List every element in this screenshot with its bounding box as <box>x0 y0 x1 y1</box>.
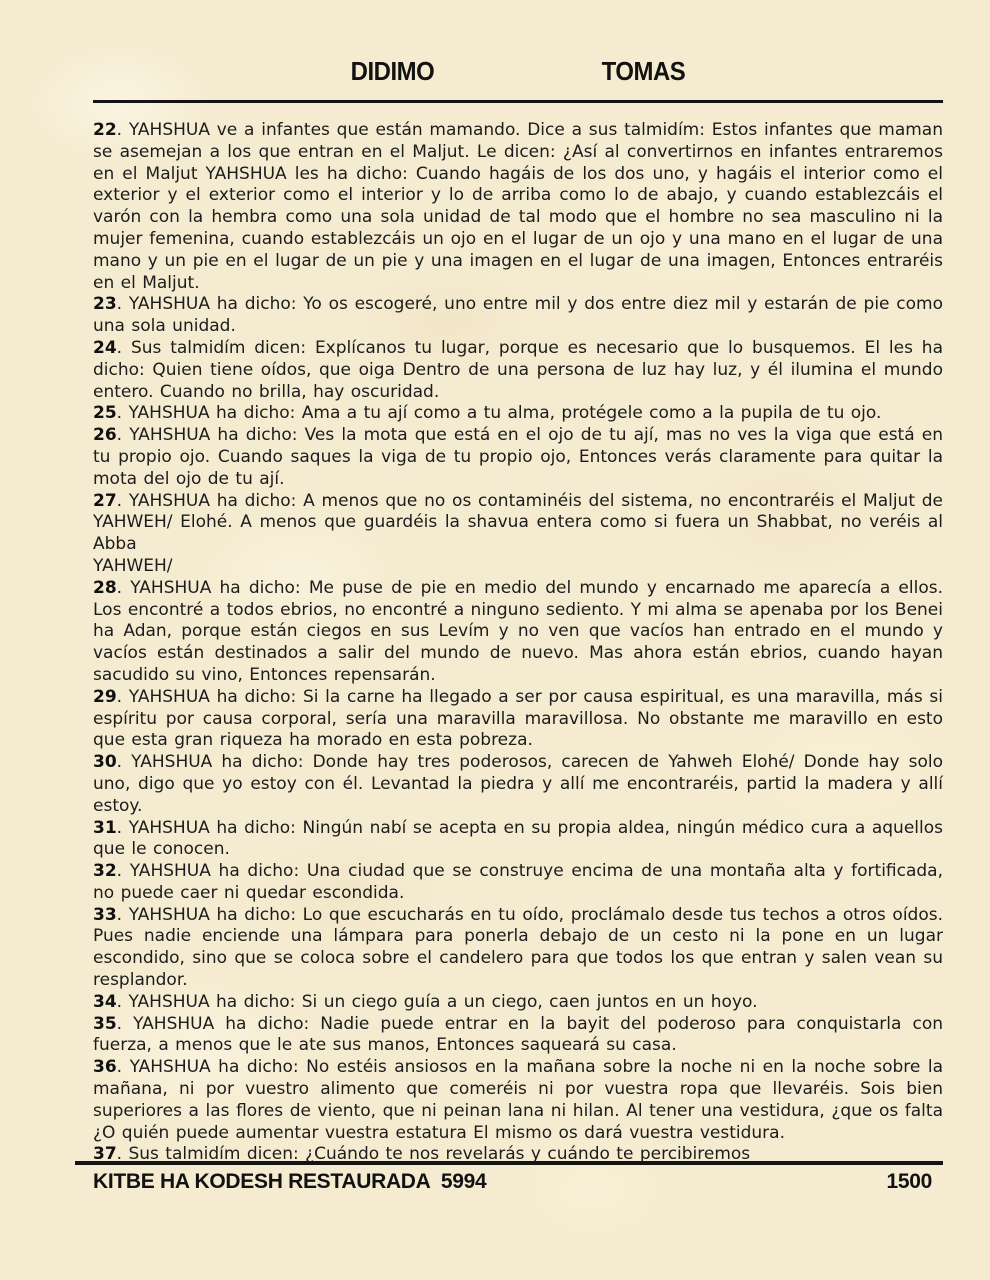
verse-32: 32. YAHSHUA ha dicho: Una ciudad que se … <box>93 861 943 905</box>
header-title-tomas: TOMAS <box>602 56 686 87</box>
verse-number: 27 <box>93 491 117 511</box>
verse-number: 30 <box>93 752 117 772</box>
verse-list: 22. YAHSHUA ve a infantes que están mama… <box>93 120 943 1166</box>
verse-number: 33 <box>93 905 117 925</box>
verse-30: 30. YAHSHUA ha dicho: Donde hay tres pod… <box>93 752 943 817</box>
verse-number: 25 <box>93 403 117 423</box>
verse-25: 25. YAHSHUA ha dicho: Ama a tu ají como … <box>93 403 943 425</box>
verse-23: 23. YAHSHUA ha dicho: Yo os escogeré, un… <box>93 294 943 338</box>
verse-29: 29. YAHSHUA ha dicho: Si la carne ha lle… <box>93 687 943 752</box>
verse-28: 28. YAHSHUA ha dicho: Me puse de pie en … <box>93 578 943 687</box>
header-rule <box>93 100 943 103</box>
header-title-didimo: DIDIMO <box>351 56 435 87</box>
footer-row: KITBE HA KODESH RESTAURADA 5994 1500 <box>75 1170 943 1194</box>
verse-number: 31 <box>93 818 117 838</box>
verse-26: 26. YAHSHUA ha dicho: Ves la mota que es… <box>93 425 943 490</box>
page-header: DIDIMO TOMAS <box>93 0 943 87</box>
verse-34: 34. YAHSHUA ha dicho: Si un ciego guía a… <box>93 992 943 1014</box>
verse-number: 36 <box>93 1057 117 1077</box>
verse-number: 24 <box>93 338 117 358</box>
verse-number: 22 <box>93 120 117 140</box>
verse-31: 31. YAHSHUA ha dicho: Ningún nabí se ace… <box>93 818 943 862</box>
verse-27: 27. YAHSHUA ha dicho: A menos que no os … <box>93 491 943 578</box>
verse-33: 33. YAHSHUA ha dicho: Lo que escucharás … <box>93 905 943 992</box>
verse-number: 29 <box>93 687 117 707</box>
verse-35: 35. YAHSHUA ha dicho: Nadie puede entrar… <box>93 1014 943 1058</box>
footer-rule <box>75 1161 943 1165</box>
verse-number: 35 <box>93 1014 117 1034</box>
verse-number: 34 <box>93 992 117 1012</box>
verse-number: 32 <box>93 861 117 881</box>
verse-24: 24. Sus talmidím dicen: Explícanos tu lu… <box>93 338 943 403</box>
verse-22: 22. YAHSHUA ve a infantes que están mama… <box>93 120 943 294</box>
footer-page-number: 1500 <box>886 1170 932 1194</box>
page-footer: KITBE HA KODESH RESTAURADA 5994 1500 <box>75 1161 943 1194</box>
verse-number: 23 <box>93 294 117 314</box>
verse-36: 36. YAHSHUA ha dicho: No estéis ansiosos… <box>93 1057 943 1144</box>
footer-book-title: KITBE HA KODESH RESTAURADA 5994 <box>93 1170 486 1194</box>
verse-number: 26 <box>93 425 117 445</box>
document-page: DIDIMO TOMAS 22. YAHSHUA ve a infantes q… <box>0 0 990 1280</box>
verse-number: 28 <box>93 578 117 598</box>
